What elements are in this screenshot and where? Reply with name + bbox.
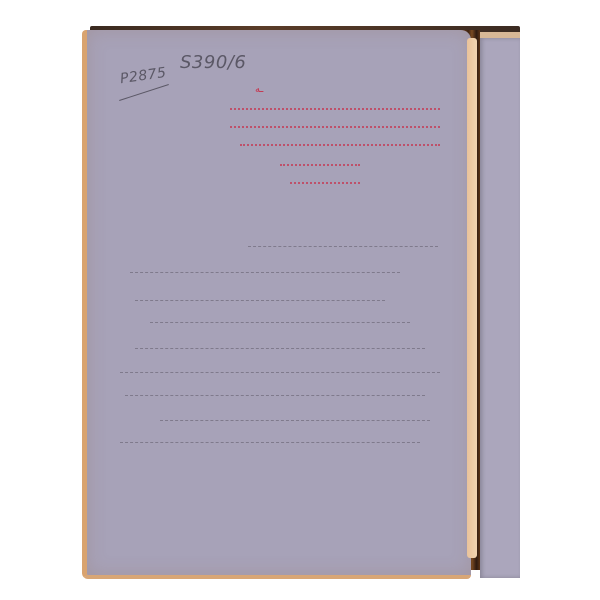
pencil-line (160, 410, 430, 421)
red-ink-line (240, 132, 440, 146)
pencil-line (248, 236, 438, 247)
pencil-line (130, 262, 400, 273)
pencil-line (120, 432, 420, 443)
pencil-line (150, 312, 410, 323)
red-ink-mark: ـه (255, 84, 263, 95)
pencil-line (120, 362, 440, 373)
pencil-line (135, 290, 385, 301)
red-ink-line (230, 114, 440, 128)
pencil-line (125, 385, 425, 396)
manuscript-photo: P2875 S390/6 ـه (0, 0, 600, 600)
catalog-number-top: S390/6 (180, 52, 246, 73)
red-ink-line (280, 152, 360, 166)
right-page (480, 32, 520, 578)
red-ink-line (290, 170, 360, 184)
red-ink-line (230, 96, 440, 110)
left-page (82, 30, 471, 579)
pencil-line (135, 338, 425, 349)
